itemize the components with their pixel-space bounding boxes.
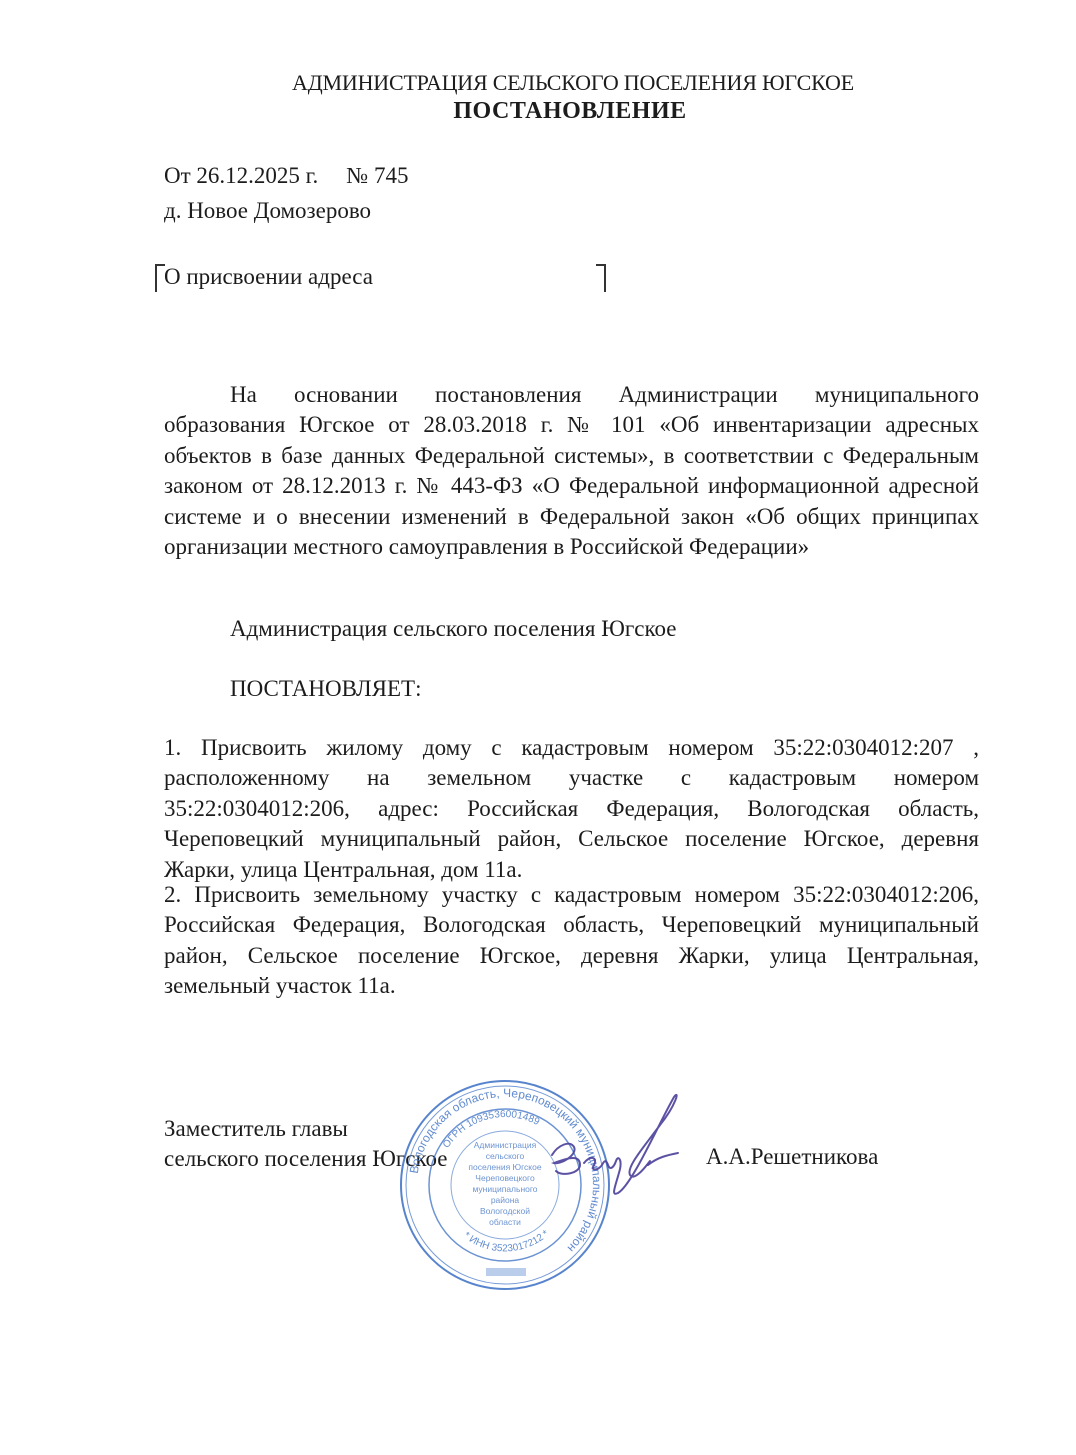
svg-text:Вологодской: Вологодской: [480, 1206, 530, 1216]
signatory-name: А.А.Решетникова: [706, 1144, 878, 1170]
svg-text:Администрация: Администрация: [474, 1140, 537, 1150]
handwritten-signature-icon: [540, 1085, 700, 1215]
document-number: № 745: [346, 163, 408, 188]
svg-text:сельского: сельского: [486, 1151, 525, 1161]
resolution-item-1: 1. Присвоить жилому дому с кадастровым н…: [164, 733, 979, 885]
subject-bracket-right: [596, 264, 606, 292]
svg-text:области: области: [489, 1217, 521, 1227]
document-type-title: ПОСТАНОВЛЕНИЕ: [0, 98, 1076, 125]
organization-header: АДМИНИСТРАЦИЯ СЕЛЬСКОГО ПОСЕЛЕНИЯ ЮГСКОЕ: [0, 70, 1076, 96]
svg-text:* ИНН 3523017212 *: * ИНН 3523017212 *: [461, 1228, 551, 1254]
svg-text:Череповецкого: Череповецкого: [475, 1173, 535, 1183]
document-date: От 26.12.2025 г.: [164, 163, 318, 188]
resolution-item-2: 2. Присвоить земельному участку с кадаст…: [164, 880, 979, 1002]
resolves-heading: ПОСТАНОВЛЯЕТ:: [230, 676, 421, 702]
document-subject: О присвоении адреса: [164, 264, 373, 290]
date-number-line: От 26.12.2025 г.№ 745: [164, 163, 408, 189]
svg-text:района: района: [491, 1195, 520, 1205]
svg-text:муниципального: муниципального: [472, 1184, 537, 1194]
legal-basis-paragraph: На основании постановления Администрации…: [164, 380, 979, 562]
svg-text:поселения Югское: поселения Югское: [468, 1162, 541, 1172]
issuer-line: Администрация сельского поселения Югское: [230, 616, 676, 642]
document-place: д. Новое Домозерово: [164, 198, 371, 224]
